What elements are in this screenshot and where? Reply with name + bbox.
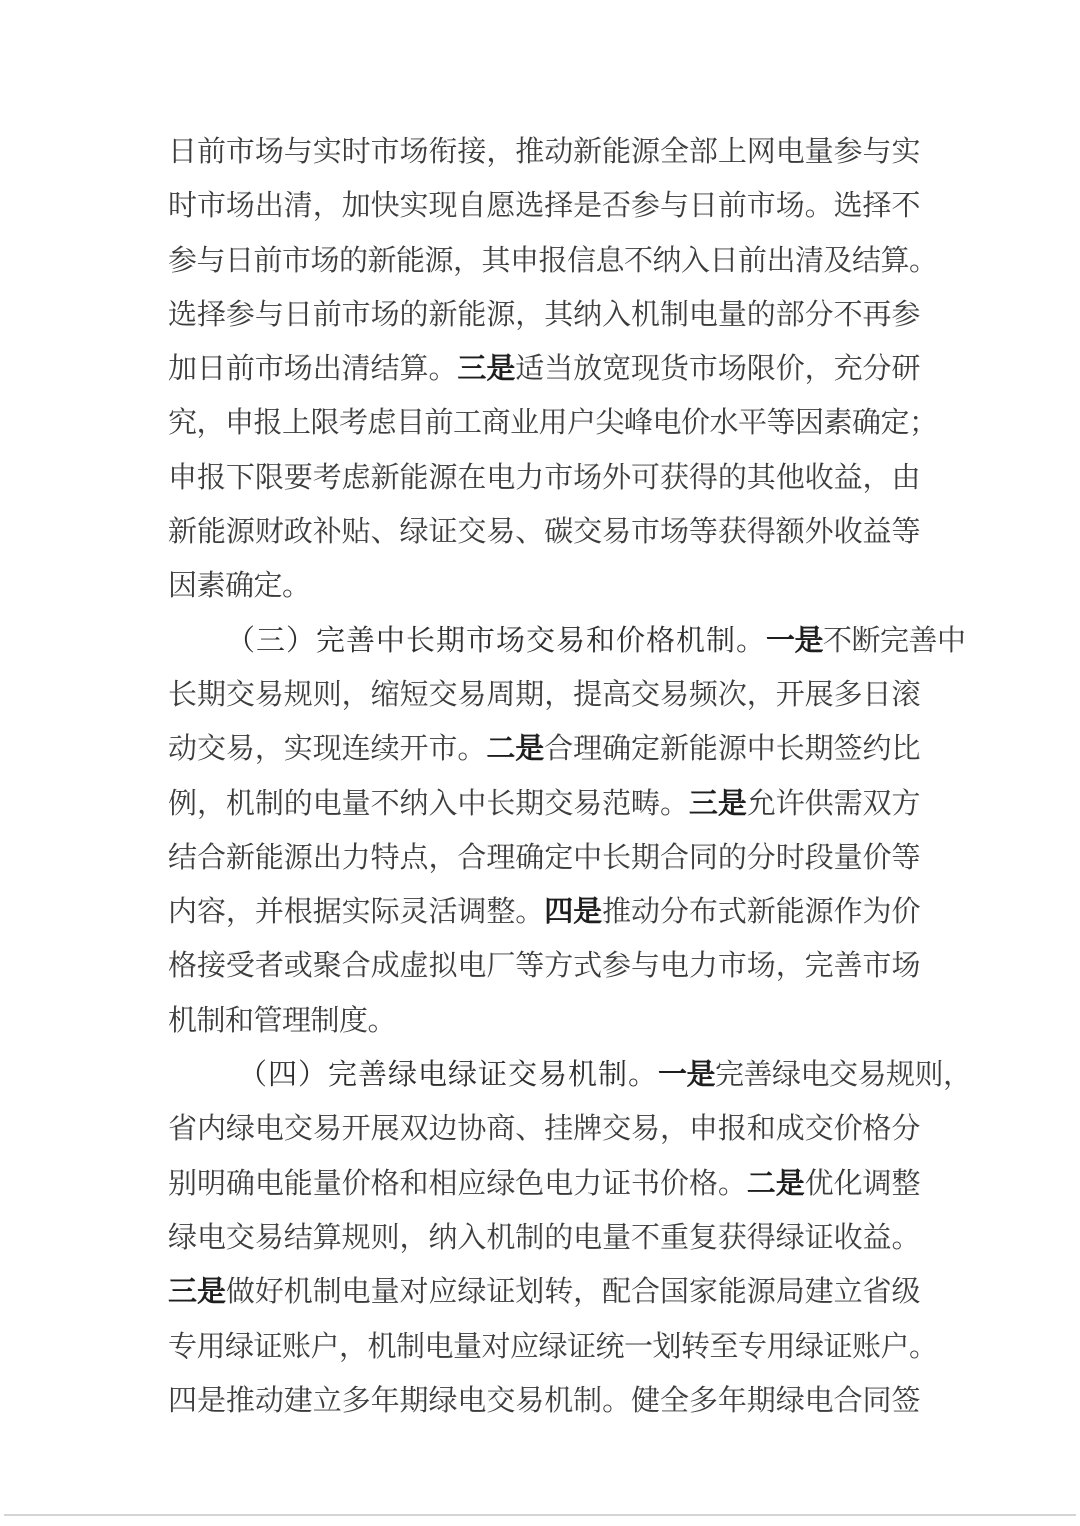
body-text: 长期交易规则，缩短交易周期，提高交易频次，开展多日滚 <box>168 677 920 711</box>
text-line: 三是做好机制电量对应绿证划转，配合国家能源局建立省级 <box>168 1264 920 1318</box>
body-text: 绿电交易结算规则，纳入机制的电量不重复获得绿证收益。 <box>168 1220 920 1254</box>
body-text: 例，机制的电量不纳入中长期交易范畴。 <box>168 786 689 820</box>
text-line: 内容，并根据实际灵活调整。四是推动分布式新能源作为价 <box>168 884 920 938</box>
body-text: 专用绿证账户，机制电量对应绿证统一划转至专用绿证账户。 <box>168 1329 938 1363</box>
body-text: 时市场出清，加快实现自愿选择是否参与日前市场。选择不 <box>168 188 920 222</box>
keyword-ordinal: 四是 <box>544 894 602 928</box>
text-line: 别明确电能量价格和相应绿色电力证书价格。二是优化调整 <box>168 1156 920 1210</box>
body-text: 加日前市场出清结算。 <box>168 351 457 385</box>
text-line: 新能源财政补贴、绿证交易、碳交易市场等获得额外收益等 <box>168 504 920 558</box>
text-line: 格接受者或聚合成虚拟电厂等方式参与电力市场，完善市场 <box>168 938 920 992</box>
body-text: 不断完善中 <box>823 623 966 657</box>
section-heading: （四）完善绿电绿证交易机制。 <box>238 1057 658 1091</box>
text-line: 因素确定。 <box>168 558 920 612</box>
text-line: 绿电交易结算规则，纳入机制的电量不重复获得绿证收益。 <box>168 1210 920 1264</box>
body-text: 新能源财政补贴、绿证交易、碳交易市场等获得额外收益等 <box>168 514 920 548</box>
text-line: 动交易，实现连续开市。二是合理确定新能源中长期签约比 <box>168 721 920 775</box>
text-line: 四是推动建立多年期绿电交易机制。健全多年期绿电合同签 <box>168 1373 920 1427</box>
body-text: 动交易，实现连续开市。 <box>168 731 486 765</box>
body-text: 究，申报上限考虑目前工商业用户尖峰电价水平等因素确定； <box>168 405 938 439</box>
text-line: 时市场出清，加快实现自愿选择是否参与日前市场。选择不 <box>168 178 920 232</box>
text-line: 参与日前市场的新能源，其申报信息不纳入日前出清及结算。 <box>168 233 920 287</box>
keyword-ordinal: 二是 <box>747 1166 805 1200</box>
text-line: 结合新能源出力特点，合理确定中长期合同的分时段量价等 <box>168 830 920 884</box>
body-text: 别明确电能量价格和相应绿色电力证书价格。 <box>168 1166 747 1200</box>
keyword-ordinal: 二是 <box>486 731 544 765</box>
body-text: 做好机制电量对应绿证划转，配合国家能源局建立省级 <box>226 1274 920 1308</box>
body-text: 格接受者或聚合成虚拟电厂等方式参与电力市场，完善市场 <box>168 948 920 982</box>
text-line: 申报下限要考虑新能源在电力市场外可获得的其他收益，由 <box>168 450 920 504</box>
section-heading: （三）完善中长期市场交易和价格机制。 <box>226 623 766 657</box>
body-text: 选择参与日前市场的新能源，其纳入机制电量的部分不再参 <box>168 297 920 331</box>
body-text: 日前市场与实时市场衔接，推动新能源全部上网电量参与实 <box>168 134 920 168</box>
body-text: 申报下限要考虑新能源在电力市场外可获得的其他收益，由 <box>168 460 920 494</box>
keyword-ordinal: 三是 <box>689 786 747 820</box>
text-line: （三）完善中长期市场交易和价格机制。一是不断完善中 <box>168 613 920 667</box>
text-line: 选择参与日前市场的新能源，其纳入机制电量的部分不再参 <box>168 287 920 341</box>
document-page: 日前市场与实时市场衔接，推动新能源全部上网电量参与实时市场出清，加快实现自愿选择… <box>0 0 1080 1526</box>
body-text: 省内绿电交易开展双边协商、挂牌交易，申报和成交价格分 <box>168 1111 920 1145</box>
text-line: 长期交易规则，缩短交易周期，提高交易频次，开展多日滚 <box>168 667 920 721</box>
paragraph-p-section-4: （四）完善绿电绿证交易机制。一是完善绿电交易规则，省内绿电交易开展双边协商、挂牌… <box>168 1047 920 1427</box>
body-text: 完善绿电交易规则， <box>715 1057 972 1091</box>
paragraph-p-section-3: （三）完善中长期市场交易和价格机制。一是不断完善中长期交易规则，缩短交易周期，提… <box>168 613 920 1047</box>
text-line: （四）完善绿电绿证交易机制。一是完善绿电交易规则， <box>168 1047 920 1101</box>
document-body: 日前市场与实时市场衔接，推动新能源全部上网电量参与实时市场出清，加快实现自愿选择… <box>168 124 920 1427</box>
keyword-ordinal: 三是 <box>457 351 515 385</box>
page-bottom-edge <box>4 1514 1076 1516</box>
text-line: 加日前市场出清结算。三是适当放宽现货市场限价，充分研 <box>168 341 920 395</box>
body-text: 优化调整 <box>805 1166 920 1200</box>
body-text: 允许供需双方 <box>747 786 920 820</box>
keyword-ordinal: 三是 <box>168 1274 226 1308</box>
body-text: 参与日前市场的新能源，其申报信息不纳入日前出清及结算。 <box>168 243 938 277</box>
text-line: 日前市场与实时市场衔接，推动新能源全部上网电量参与实 <box>168 124 920 178</box>
text-line: 机制和管理制度。 <box>168 993 920 1047</box>
body-text: 推动分布式新能源作为价 <box>602 894 920 928</box>
keyword-ordinal: 一是 <box>658 1057 715 1091</box>
keyword-ordinal: 一是 <box>766 623 823 657</box>
text-line: 专用绿证账户，机制电量对应绿证统一划转至专用绿证账户。 <box>168 1319 920 1373</box>
body-text: 机制和管理制度。 <box>168 1003 396 1037</box>
body-text: 内容，并根据实际灵活调整。 <box>168 894 544 928</box>
paragraph-p-continued: 日前市场与实时市场衔接，推动新能源全部上网电量参与实时市场出清，加快实现自愿选择… <box>168 124 920 613</box>
body-text: 四是推动建立多年期绿电交易机制。健全多年期绿电合同签 <box>168 1383 920 1417</box>
body-text: 因素确定。 <box>168 568 311 602</box>
body-text: 合理确定新能源中长期签约比 <box>544 731 920 765</box>
text-line: 省内绿电交易开展双边协商、挂牌交易，申报和成交价格分 <box>168 1101 920 1155</box>
body-text: 结合新能源出力特点，合理确定中长期合同的分时段量价等 <box>168 840 920 874</box>
body-text: 适当放宽现货市场限价，充分研 <box>515 351 920 385</box>
text-line: 例，机制的电量不纳入中长期交易范畴。三是允许供需双方 <box>168 776 920 830</box>
text-line: 究，申报上限考虑目前工商业用户尖峰电价水平等因素确定； <box>168 395 920 449</box>
